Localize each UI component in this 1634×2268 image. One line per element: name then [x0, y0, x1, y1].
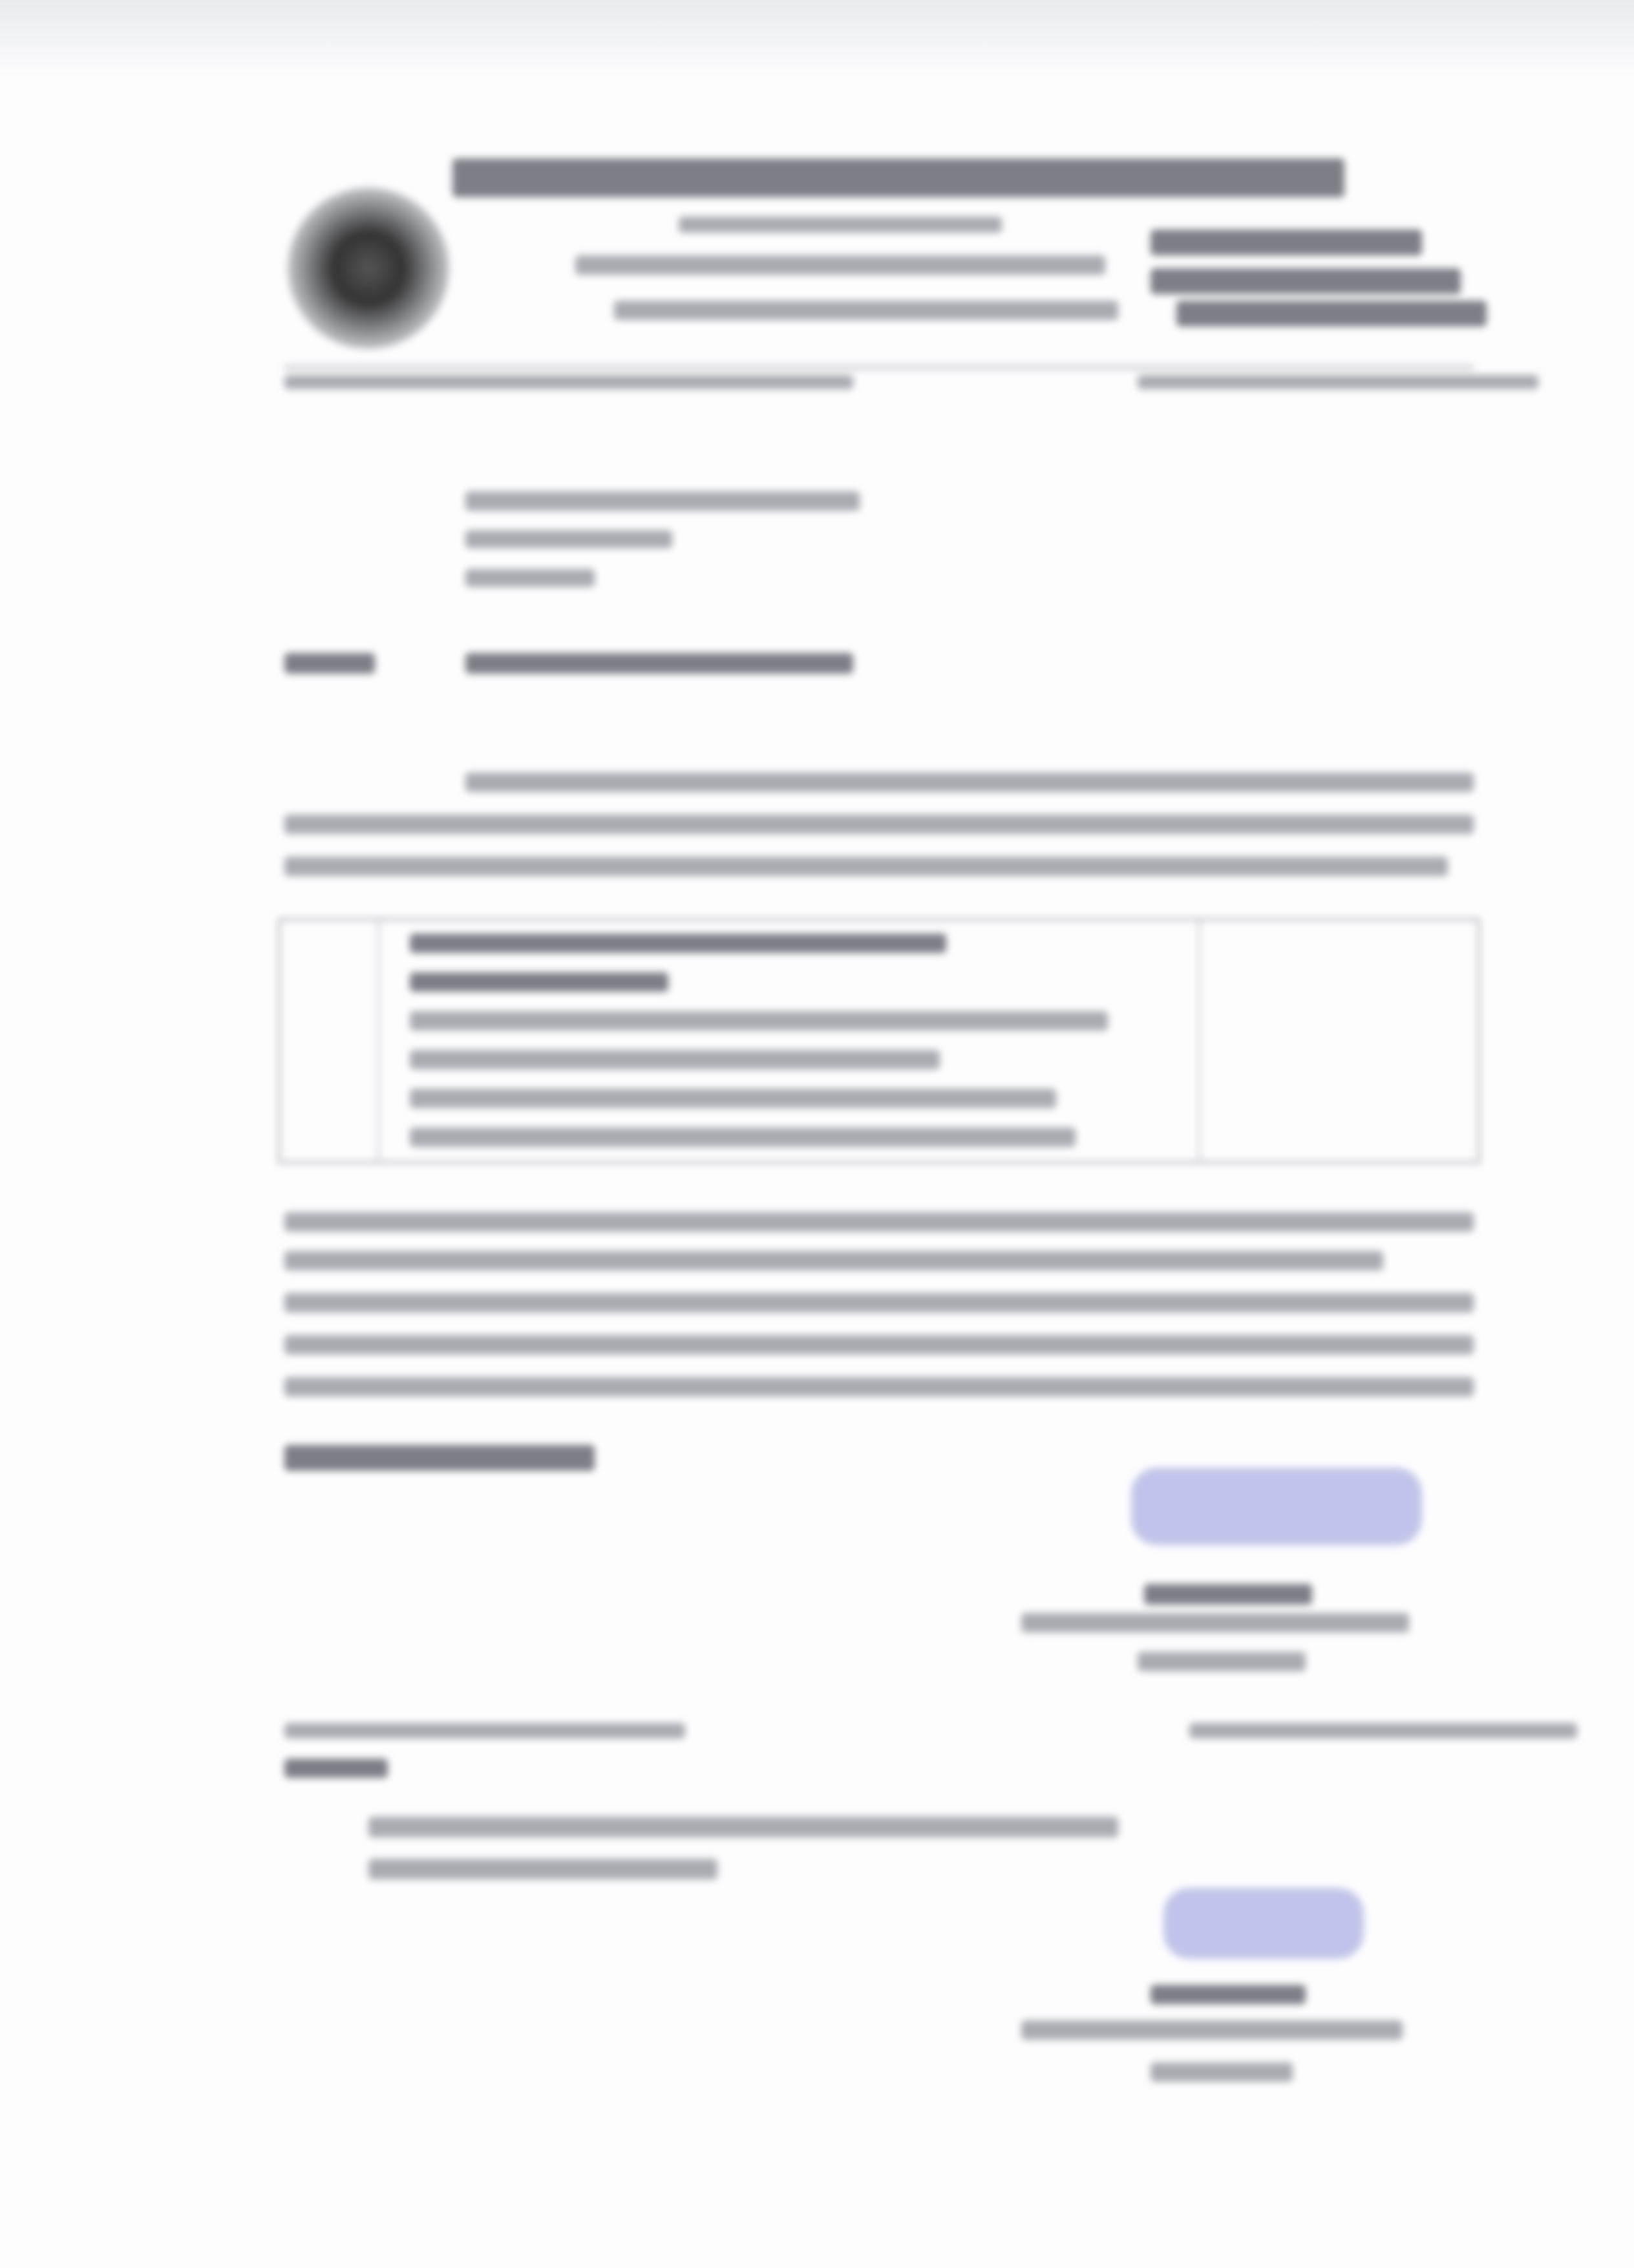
org-name	[452, 158, 1344, 197]
addressee-line	[465, 491, 860, 511]
signatory-1-name	[1144, 1584, 1312, 1605]
table-row	[410, 972, 668, 992]
letter-date	[1138, 375, 1538, 389]
signatory-2-designation	[1021, 2020, 1403, 2040]
note-line	[284, 1212, 1474, 1232]
address-line	[679, 217, 1002, 233]
copy-reference	[284, 1723, 685, 1738]
signatory-2-place	[1151, 2062, 1293, 2082]
note-line	[284, 1293, 1474, 1312]
copy-date	[1189, 1723, 1577, 1738]
body-line	[465, 773, 1474, 792]
table-row	[410, 1128, 1076, 1147]
contact-line	[1151, 268, 1461, 294]
closing-line	[284, 1445, 595, 1471]
copy-item	[368, 1859, 717, 1879]
subject-text	[465, 653, 853, 674]
letter-number	[284, 375, 853, 389]
signatory-1-place	[1138, 1652, 1306, 1671]
copy-item	[368, 1817, 1118, 1837]
note-line	[284, 1377, 1474, 1396]
emblem-logo	[288, 187, 449, 349]
signatory-1-designation	[1021, 1613, 1409, 1632]
address-line	[614, 301, 1118, 320]
signature-2	[1163, 1888, 1364, 1959]
addressee-line	[465, 569, 595, 587]
note-line	[284, 1335, 1474, 1354]
addressee-line	[465, 530, 672, 548]
contact-line	[1151, 230, 1422, 255]
body-line	[284, 815, 1474, 834]
signatory-2-name	[1151, 1985, 1306, 2004]
data-table	[278, 918, 1480, 1164]
contact-line	[1176, 301, 1487, 326]
body-line	[284, 857, 1448, 876]
table-header	[410, 934, 946, 953]
copy-label	[284, 1759, 388, 1778]
address-line	[575, 255, 1105, 275]
table-row	[410, 1089, 1056, 1108]
header-divider	[284, 365, 1474, 369]
note-line	[284, 1251, 1383, 1270]
signature-1	[1131, 1468, 1422, 1545]
subject-label	[284, 653, 375, 674]
table-row	[410, 1011, 1108, 1031]
table-row	[410, 1050, 940, 1069]
scan-shadow	[0, 0, 1634, 78]
